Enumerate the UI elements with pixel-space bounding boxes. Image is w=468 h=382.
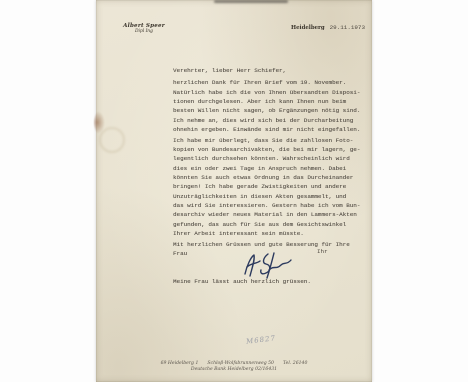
body-line: Mit herzlichen Grüssen und gute Besserun… bbox=[173, 240, 369, 249]
letter-paper: Albert Speer Dipl Ing Heidelberg 29.11.1… bbox=[96, 0, 372, 382]
body-line: legentlich durchsehen könnten. Wahrschei… bbox=[173, 154, 369, 163]
body-line: herzlichen Dank für Ihren Brief vom 19. … bbox=[173, 78, 369, 87]
body-line: gefunden, das auch für Sie aus dem Gesic… bbox=[173, 220, 369, 229]
body-line: Unzuträglichkeiten in diesen Akten gesam… bbox=[173, 192, 369, 201]
letter-body: Verehrter, lieber Herr Schiefer, herzlic… bbox=[173, 66, 369, 258]
letterhead-title: Dipl Ing bbox=[122, 29, 166, 34]
salutation: Verehrter, lieber Herr Schiefer, bbox=[173, 66, 369, 75]
footer-bank: Deutsche Bank Heidelberg 02/16431 bbox=[96, 367, 372, 373]
body-line: besten Willen nicht sagen, ob Ergänzunge… bbox=[173, 106, 369, 115]
body-line: desarchiv wieder neues Material in den L… bbox=[173, 210, 369, 219]
body-line: das wird Sie interessieren. Gestern habe… bbox=[173, 201, 369, 210]
top-edge-smudge bbox=[214, 0, 288, 3]
body-line: ohnehin ergeben. Einwände sind mir nicht… bbox=[173, 125, 369, 134]
closing-ihr: Ihr bbox=[317, 248, 328, 255]
footer-imprint: 69 Heidelberg 1 Schloß-Wolfsbrunnenweg 5… bbox=[96, 361, 372, 373]
body-line: tionen durchgelesen. Aber ich kann Ihnen… bbox=[173, 97, 369, 106]
pencil-annotation: M6827 bbox=[246, 334, 277, 346]
body-line: dies ein oder zwei Tage in Anspruch nehm… bbox=[173, 164, 369, 173]
body-line: kopien von Bundesarchivakten, die bei mi… bbox=[173, 145, 369, 154]
body-line: Ich nehme an, dies wird sich bei der Dur… bbox=[173, 116, 369, 125]
body-line: Ich habe mir überlegt, dass Sie die zahl… bbox=[173, 136, 369, 145]
body-line: bringen! Ich habe gerade Zwistigkeiten u… bbox=[173, 182, 369, 191]
signature-stroke bbox=[261, 254, 270, 274]
dateline-date: 29.11.1973 bbox=[330, 24, 365, 31]
ring-stain bbox=[99, 127, 125, 153]
footer-phone: Tel. 26140 bbox=[283, 361, 307, 367]
postscript: Meine Frau lässt auch herzlich grüssen. bbox=[173, 278, 311, 285]
body-line: könnten Sie auch etwas Ordnung in das Du… bbox=[173, 173, 369, 182]
dateline-place: Heidelberg bbox=[291, 25, 325, 31]
body-line: Ihrer Arbeit interessant sein müsste. bbox=[173, 229, 369, 238]
letterhead: Albert Speer Dipl Ing bbox=[122, 23, 166, 34]
body-line: Natürlich habe ich die von Ihnen übersan… bbox=[173, 88, 369, 97]
paragraph-2: Ich habe mir überlegt, dass Sie die zahl… bbox=[173, 136, 369, 239]
dateline: Heidelberg 29.11.1973 bbox=[291, 24, 365, 31]
scan-background: Albert Speer Dipl Ing Heidelberg 29.11.1… bbox=[0, 0, 468, 382]
paragraph-1: herzlichen Dank für Ihren Brief vom 19. … bbox=[173, 78, 369, 134]
